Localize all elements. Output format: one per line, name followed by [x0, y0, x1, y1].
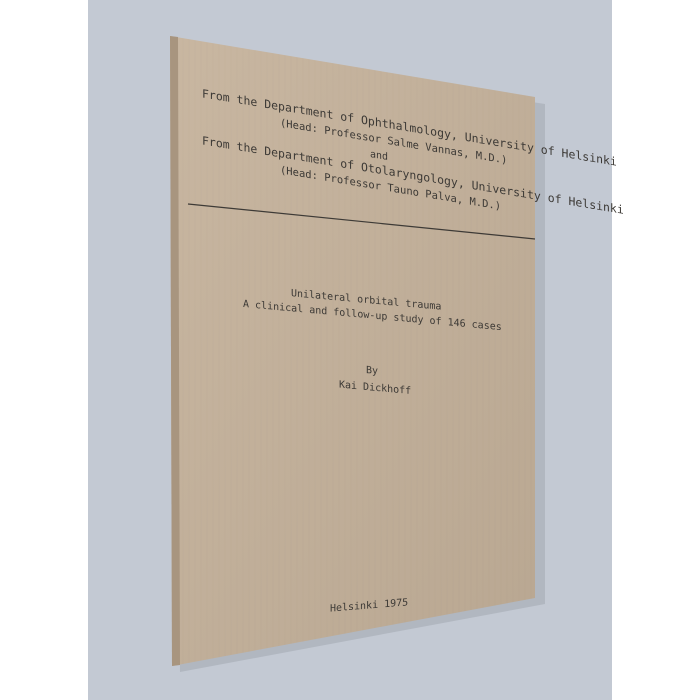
by-label: By: [366, 365, 378, 377]
book-photo: From the Department of Ophthalmology, Un…: [0, 0, 700, 700]
